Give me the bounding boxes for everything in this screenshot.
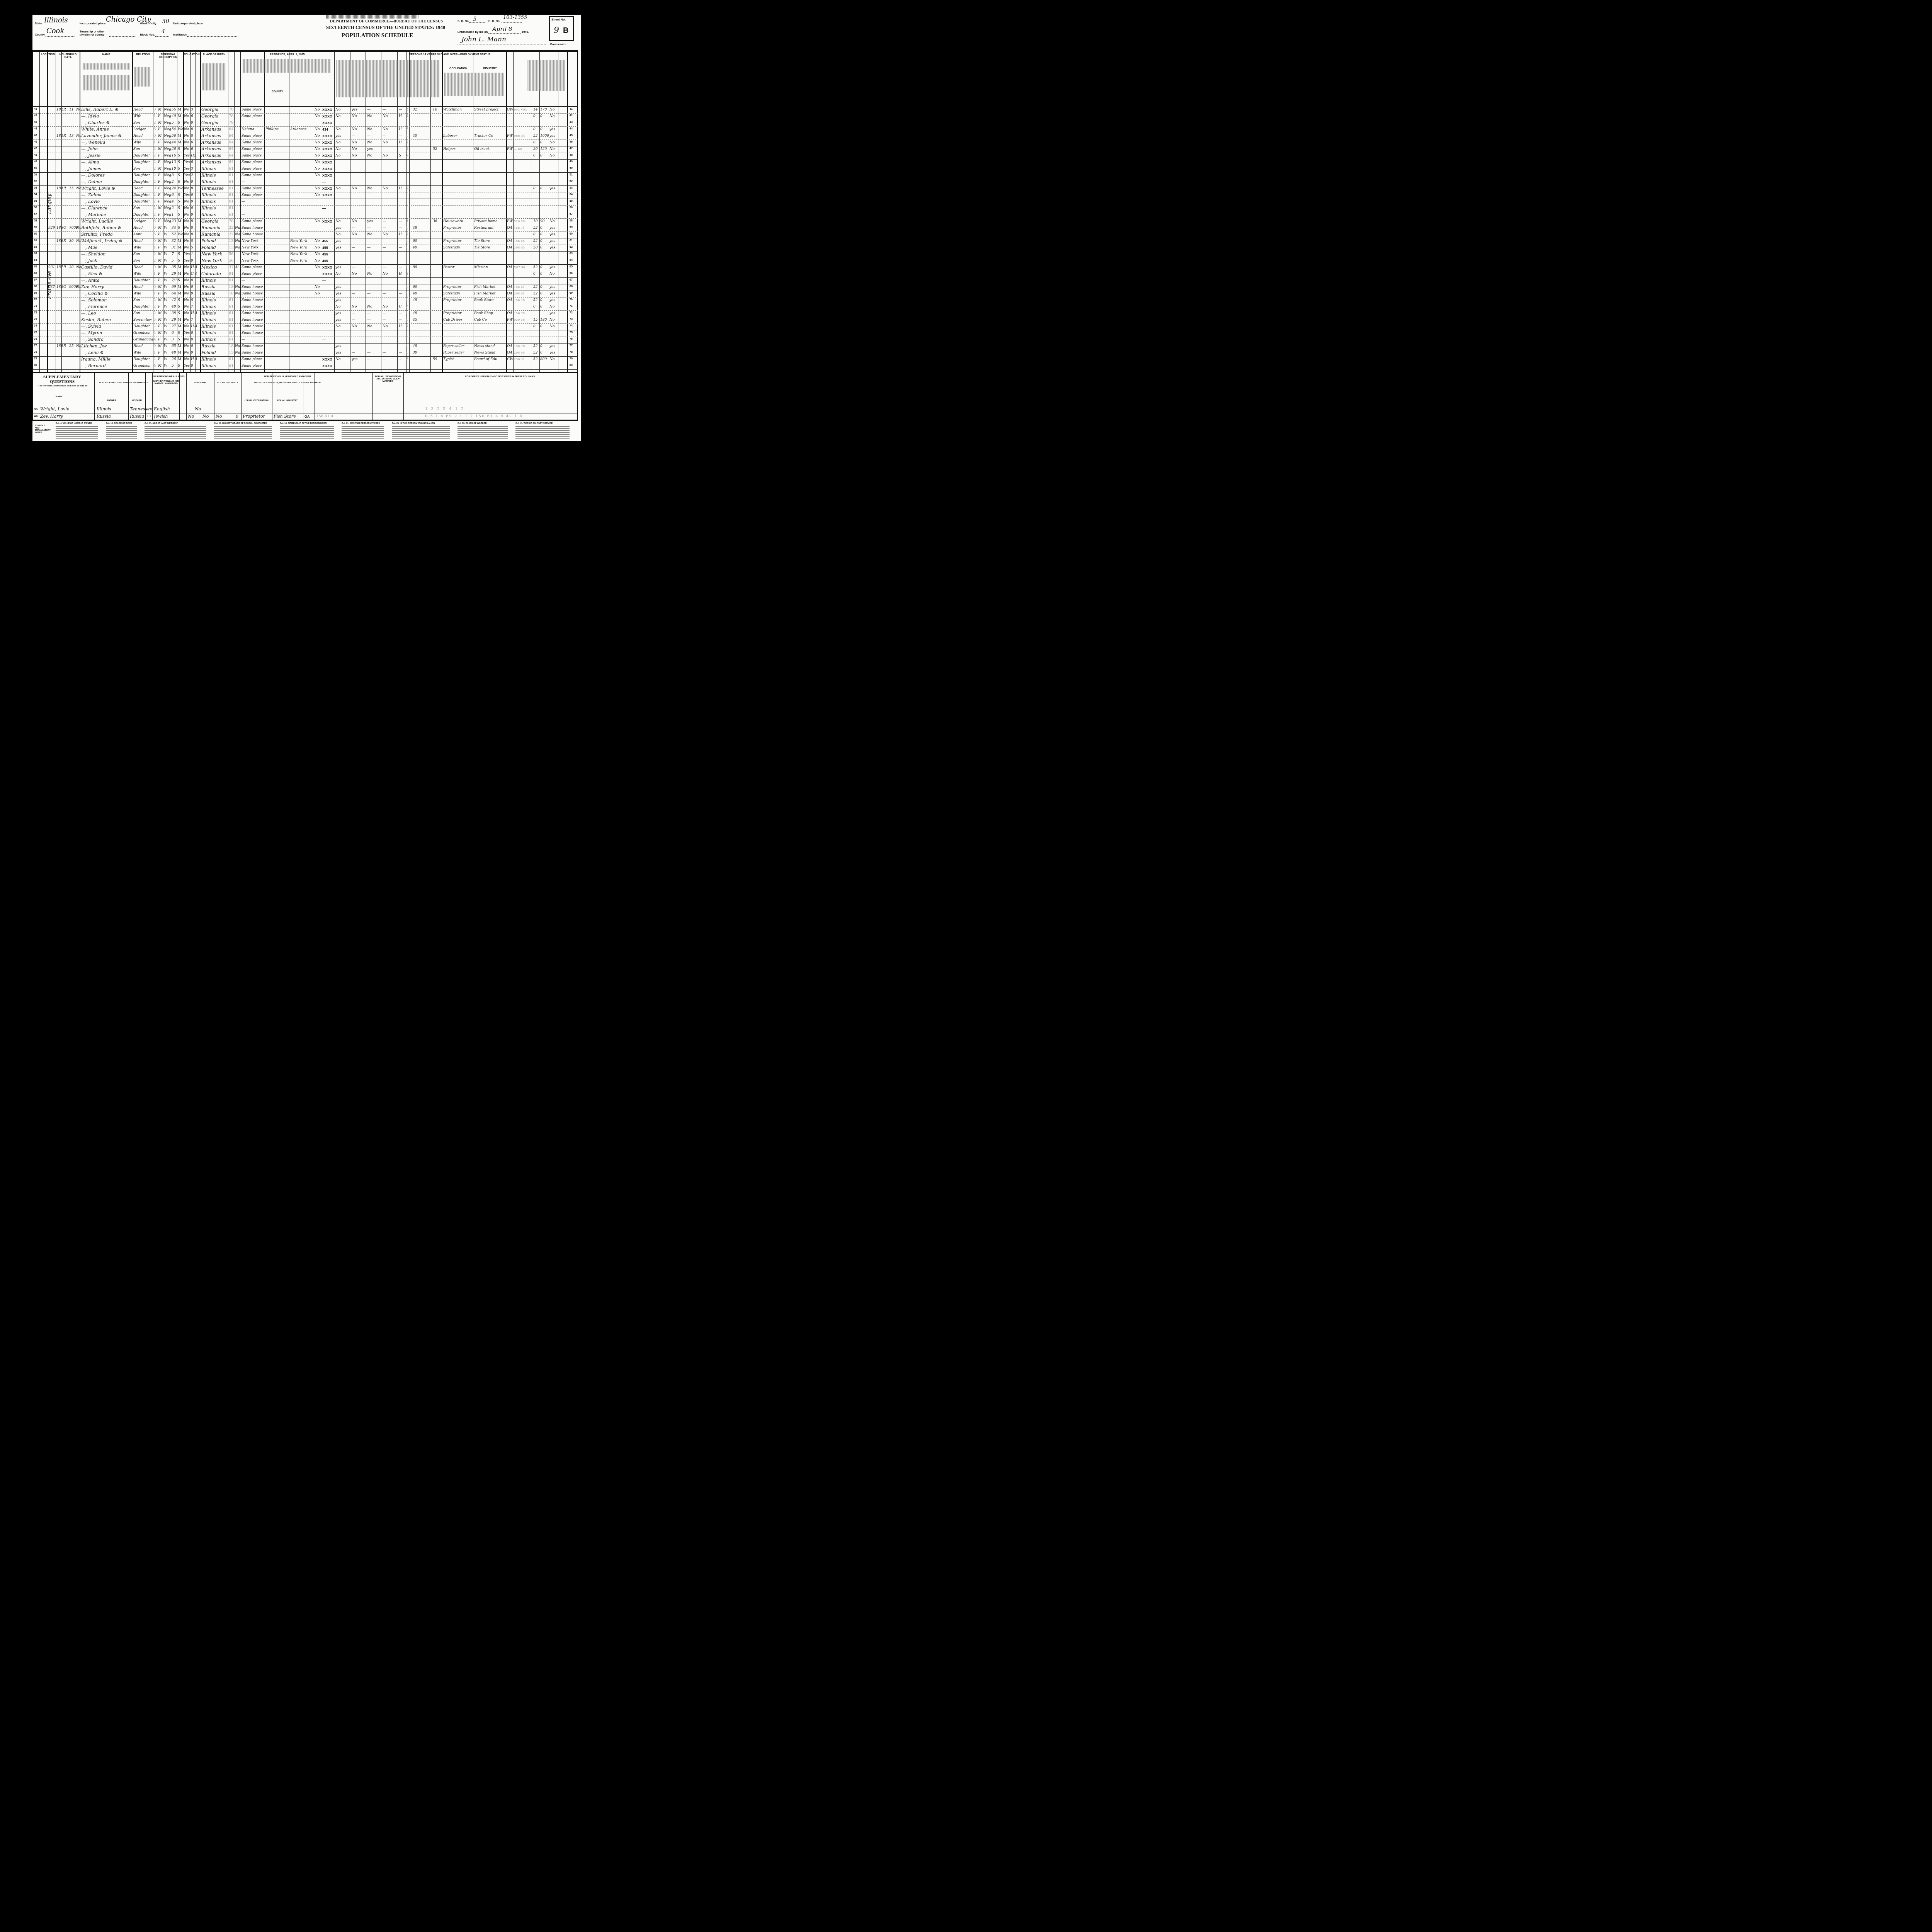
line-number: 54 <box>34 193 37 196</box>
at-work: No <box>335 271 340 277</box>
employment-code: 1 <box>406 264 408 270</box>
citizenship: Na <box>235 231 240 238</box>
birthplace-code: 61 <box>229 277 234 284</box>
public-emergency-work: — <box>352 291 355 297</box>
other-income: yes <box>549 238 555 244</box>
occupation-code: 298 98 <box>514 350 525 356</box>
at-work: No <box>335 231 340 238</box>
line-number: 64 <box>34 259 37 262</box>
farm-1935: No <box>315 113 320 119</box>
section-relation: RELATION <box>133 53 153 56</box>
occupation-code: 156 78 <box>514 297 525 303</box>
farm: No <box>76 343 81 349</box>
visit-number: 184 <box>56 185 63 192</box>
township-label: Township or other division of county <box>80 30 107 36</box>
employment-code: 5 <box>406 323 408 330</box>
citizenship: Na <box>235 238 240 244</box>
grade: 1 <box>191 251 193 257</box>
public-emergency-work: yes <box>352 356 357 362</box>
sex: F <box>158 199 160 205</box>
public-emergency-work: — <box>352 238 355 244</box>
legal-notice <box>326 15 419 19</box>
birthplace-code: 56 <box>229 258 234 264</box>
residence-code: 455 <box>322 238 328 244</box>
line-number: 57 <box>34 213 37 216</box>
line-number-right: 77 <box>570 344 573 347</box>
other-income: yes <box>549 343 555 349</box>
occupation-code: 930 58 <box>514 317 525 323</box>
age: 1 <box>172 212 174 218</box>
age: 4 <box>172 199 174 205</box>
school-attendance: No <box>184 337 189 343</box>
at-work: yes <box>335 245 341 251</box>
residence-1935-city: Same house <box>241 297 264 303</box>
relation: Son <box>133 146 153 152</box>
age: 3 <box>172 337 174 343</box>
farm-1935: No <box>315 238 320 244</box>
seeking-work: No <box>367 113 372 119</box>
line-number-right: 41 <box>570 108 573 111</box>
grade: H-4 <box>191 323 197 330</box>
sex: F <box>158 192 160 198</box>
wage-income: 0 <box>540 297 543 303</box>
farm-1935: No <box>315 159 320 165</box>
marital-status: M <box>178 245 181 251</box>
age: 31 <box>172 245 176 251</box>
residence-1935-city: Same place <box>241 139 264 146</box>
supp-office: FOR OFFICE USE ONLY—DO NOT WRITE IN THES… <box>423 376 577 378</box>
table-row: 75 —, Myron Grandson 4 M W 6 S Yes 0 Ill… <box>32 330 578 337</box>
sex: F <box>158 153 160 159</box>
has-job: — <box>383 238 386 244</box>
table-row: 58 Wright, Lucille Lodger 6 F Neg 23 M N… <box>32 218 578 225</box>
age: 54 <box>172 126 176 133</box>
at-work: yes <box>335 225 341 231</box>
marital-status: S <box>178 363 180 369</box>
wage-income: 0 <box>540 126 543 133</box>
person-name: Wolfmark, Irving ⊗ <box>81 238 132 244</box>
other-income: yes <box>549 310 555 316</box>
relation: Daughter <box>133 199 153 205</box>
citizenship: Na <box>235 245 240 251</box>
supp-father: FATHER <box>95 400 128 402</box>
other-income: yes <box>549 350 555 356</box>
has-job: No <box>383 153 388 159</box>
line-number-right: 63 <box>570 252 573 255</box>
visit-number: 189 <box>56 343 63 349</box>
person-name: Zev, Harry <box>81 284 132 290</box>
supp-father: Illinois <box>97 406 111 412</box>
school-attendance: No <box>184 356 189 362</box>
birthplace-code: 78 <box>229 218 234 224</box>
weeks-worked: 0 <box>533 139 536 146</box>
has-job: — <box>383 356 386 362</box>
home-value: 11 <box>69 107 73 113</box>
activity: U <box>399 304 402 310</box>
public-emergency-work: — <box>352 350 355 356</box>
table-row: 41 182 R 11 No Ellis, Robert L. ⊗ Head 0… <box>32 107 578 114</box>
race: W <box>164 323 167 330</box>
marital-status: M <box>178 323 181 330</box>
birthplace-code: 13 <box>229 238 234 244</box>
school-attendance: No <box>184 277 189 284</box>
activity: H <box>399 271 402 277</box>
section-location: LOCATION <box>40 53 56 56</box>
table-row: 65 931 187 R 30 No Castillo, David Head … <box>32 264 578 271</box>
residence-1935-city: Same place <box>241 113 264 119</box>
seeking-work: — <box>367 238 371 244</box>
grade: 8 <box>191 133 193 139</box>
public-emergency-work: No <box>352 113 357 119</box>
wage-income: 0 <box>540 185 543 192</box>
birthplace: Tennessee <box>201 185 228 192</box>
wage-income: 800 <box>540 356 547 362</box>
relation-code: 0 <box>153 264 156 270</box>
has-job: — <box>383 245 386 251</box>
birthplace: Poland <box>201 238 228 244</box>
enumerator-signature: John L. Mann <box>461 36 506 43</box>
has-job: — <box>383 291 386 297</box>
hours-worked: 30 <box>413 350 417 356</box>
school-attendance: No <box>184 139 189 146</box>
person-name: Wright, Lucille <box>81 218 132 224</box>
residence-1935-city: New York <box>241 245 264 251</box>
class-of-worker: OA <box>507 245 512 251</box>
table-row: 67 —, Anita Daughter 2 F W 7/12 S No 0 I… <box>32 277 578 284</box>
race: Neg <box>164 107 171 113</box>
hours-worked: 40 <box>413 291 417 297</box>
marital-status: M <box>178 139 181 146</box>
birthplace: Illinois <box>201 297 228 303</box>
other-income: yes <box>549 264 555 270</box>
supp-name: Wright, Lovie <box>40 406 69 412</box>
person-name: —, Alma <box>81 159 132 165</box>
census-title: SIXTEENTH CENSUS OF THE UNITED STATES: 1… <box>326 25 445 31</box>
hours-worked: 40 <box>413 133 417 139</box>
other-income: yes <box>549 231 555 238</box>
line-number-right: 44 <box>570 128 573 130</box>
has-job: — <box>383 350 386 356</box>
birthplace: Illinois <box>201 166 228 172</box>
school-attendance: No <box>184 284 189 290</box>
employment-code: 5 <box>406 139 408 146</box>
seeking-work: — <box>367 356 371 362</box>
at-work: yes <box>335 297 341 303</box>
employment-code: 1 <box>406 317 408 323</box>
class-of-worker: OA <box>507 310 512 316</box>
col-industry: INDUSTRY <box>474 67 505 70</box>
sex: F <box>158 323 160 330</box>
supp-tongue: MOTHER TONGUE (OR NATIVE LANGUAGE) <box>153 380 179 385</box>
relation: Daughter <box>133 323 153 330</box>
other-income: No <box>549 356 554 362</box>
school-attendance: Yes <box>184 192 190 198</box>
other-income: No <box>549 271 554 277</box>
other-income: No <box>549 317 554 323</box>
seeking-work: — <box>367 343 371 349</box>
house-number: 937 <box>48 284 55 290</box>
activity: U <box>399 126 402 133</box>
race: Neg <box>164 153 171 159</box>
school-attendance: No <box>184 297 189 303</box>
sex: F <box>158 356 160 362</box>
race: W <box>164 297 167 303</box>
relation: Head <box>133 343 153 349</box>
seeking-work: — <box>367 350 371 356</box>
marital-status: M <box>178 133 181 139</box>
public-emergency-work: No <box>352 271 357 277</box>
birthplace: Arkansas <box>201 126 228 133</box>
class-of-worker: OA <box>507 225 512 231</box>
residence-code: 455 <box>322 251 328 257</box>
relation-code: 5 <box>153 231 156 238</box>
line-number-right: 55 <box>570 200 573 202</box>
birthplace: Georgia <box>201 107 228 113</box>
occupation: Cab Driver <box>443 317 473 323</box>
marital-status: M <box>178 264 181 270</box>
school-attendance: No <box>184 126 189 133</box>
has-job: No <box>383 139 388 146</box>
residence-1935-city: Same place <box>241 159 264 165</box>
residence-code: XOXO <box>322 172 332 179</box>
employment-code: 1 <box>406 284 408 290</box>
grade: 6 <box>191 139 193 146</box>
seeking-work: — <box>367 133 371 139</box>
line-number: 71 <box>34 305 37 308</box>
sex: M <box>158 264 162 270</box>
line-number-right: 66 <box>570 272 573 275</box>
activity: — <box>399 284 402 290</box>
residence-1935-city: Same place <box>241 107 264 113</box>
table-row: 72 —, Leo Son 2 M W 38 S No H-4 Illinois… <box>32 310 578 317</box>
supplementary-title: SUPPLEMENTARY QUESTIONS <box>37 375 87 384</box>
industry: Book Shop <box>474 310 506 316</box>
other-income: No <box>549 146 554 152</box>
farm-1935: No <box>315 153 320 159</box>
home-value: 15 <box>69 185 73 192</box>
school-attendance: Yes <box>184 172 190 179</box>
occupation: Pastor <box>443 264 473 270</box>
relation: Daughter <box>133 172 153 179</box>
farm-1935: No <box>315 139 320 146</box>
weeks-worked: 0 <box>533 113 536 119</box>
relation: Head <box>133 238 153 244</box>
section-residence: RESIDENCE, APRIL 1, 1935 <box>240 53 334 56</box>
ed-label: E. D. No. <box>488 19 500 23</box>
at-work: No <box>335 146 340 152</box>
sex: F <box>158 185 160 192</box>
public-emergency-work: — <box>352 310 355 316</box>
section-education: EDUCATION <box>183 53 200 56</box>
state-value: Illinois <box>44 16 68 24</box>
marital-status: M <box>178 218 181 224</box>
farm-1935: No <box>315 172 320 179</box>
citizenship: Na <box>235 343 240 349</box>
residence-code: XOXO <box>322 153 332 159</box>
sheet-side: B <box>563 26 568 35</box>
has-job: No <box>383 185 388 192</box>
table-row: 79 Irgang, Millie Daughter 2 F W 26 M No… <box>32 356 578 363</box>
occupation: Proprietor <box>443 310 473 316</box>
grade: 8 <box>191 297 193 303</box>
school-attendance: No <box>184 133 189 139</box>
citizenship: Na <box>235 291 240 297</box>
line-number: 47 <box>34 147 37 150</box>
table-row: 76 —, Sandra Granddaughter 4 F W 3 S No … <box>32 337 578 344</box>
birthplace-code: 64 <box>229 139 234 146</box>
residence-code: — <box>322 337 326 343</box>
relation: Wife <box>133 271 153 277</box>
wage-income: 0 <box>540 139 543 146</box>
race: Neg <box>164 218 171 224</box>
sex: M <box>158 251 162 257</box>
table-row: 70 —, Solomon Son 2 M W 42 S No 8 Illino… <box>32 297 578 304</box>
at-work: yes <box>335 133 341 139</box>
industry: Tie Store <box>474 238 506 244</box>
supplementary-subtitle: For Persons Enumerated on Lines 55 and 6… <box>34 385 92 387</box>
race: Neg <box>164 212 171 218</box>
occupation-code: 156 71 <box>514 225 525 231</box>
table-row: 51 —, Dolores Daughter 2 F Neg 8 S Yes 2… <box>32 172 578 179</box>
residence-code: 434 <box>322 126 328 133</box>
residence-1935-city: Same place <box>241 192 264 198</box>
race: W <box>164 337 167 343</box>
public-emergency-work: — <box>352 284 355 290</box>
relation: Granddaughter <box>133 337 153 343</box>
census-sheet: State Illinois County Cook Incorporated … <box>32 15 581 441</box>
relation-code: 0 <box>153 185 156 192</box>
relation: Grandson <box>133 330 153 336</box>
grade: H2 <box>191 153 196 159</box>
race: W <box>164 271 167 277</box>
race: Neg <box>164 192 171 198</box>
residence-1935-city: New York <box>241 258 264 264</box>
age: 6 <box>172 192 174 198</box>
grade: 0 <box>191 330 193 336</box>
age: 38 <box>172 310 176 316</box>
line-number-right: 58 <box>570 219 573 222</box>
unincorporated-label: Unincorporated place <box>173 22 203 25</box>
industry: Board of Edu. <box>474 356 506 362</box>
wage-income: 180 <box>540 317 547 323</box>
birthplace: Arkansas <box>201 133 228 139</box>
person-name: —, James <box>81 166 132 172</box>
birthplace: Illinois <box>201 192 228 198</box>
line-number: 46 <box>34 141 37 143</box>
person-name: —, Sandra <box>81 337 132 343</box>
birthplace-code: 61 <box>229 310 234 316</box>
public-emergency-work: No <box>352 185 357 192</box>
person-name: —, Jessie <box>81 153 132 159</box>
line-number: 70 <box>34 298 37 301</box>
class-of-worker: OA <box>507 343 512 349</box>
relation: Son <box>133 120 153 126</box>
seeking-work: — <box>367 297 371 303</box>
public-emergency-work: No <box>352 218 357 224</box>
weeks-worked: 0 <box>533 304 536 310</box>
seeking-work: No <box>367 139 372 146</box>
sex: M <box>158 238 162 244</box>
line-number: 52 <box>34 180 37 183</box>
marital-status: M <box>178 271 181 277</box>
marital-status: S <box>178 310 180 316</box>
relation: Wife <box>133 139 153 146</box>
residence-code: XOXO <box>322 185 332 192</box>
activity: — <box>399 350 402 356</box>
birthplace: Illinois <box>201 179 228 185</box>
line-number: 66 <box>34 272 37 275</box>
other-income: No <box>549 218 554 224</box>
grade: 6 <box>191 159 193 165</box>
table-row: 43 —, Charles ⊗ Son 2 M Neg 5 S No 0 Geo… <box>32 120 578 127</box>
race: Neg <box>164 146 171 152</box>
school-attendance: No <box>184 185 189 192</box>
weeks-unemployed: 52 <box>433 146 437 152</box>
birthplace: Russia <box>201 291 228 297</box>
marital-status: M <box>178 107 181 113</box>
seeking-work: No <box>367 304 372 310</box>
other-income: yes <box>549 185 555 192</box>
table-row: 74 —, Sylvia Daughter 2 F W 27 M No H-4 … <box>32 323 578 330</box>
table-row: 57 —, Marlene Daughter 2 F Neg 1 S No 0 … <box>32 212 578 219</box>
sex: M <box>158 317 162 323</box>
line-number: 51 <box>34 173 37 176</box>
line-number: 80 <box>34 364 37 367</box>
person-name: —, Solomon <box>81 297 132 303</box>
residence-code: XOXO <box>322 271 332 277</box>
birthplace: Russia <box>201 343 228 349</box>
sex: M <box>158 363 162 369</box>
farm-1935: No <box>315 291 320 297</box>
relation: Daughter <box>133 212 153 218</box>
age: 5 <box>172 363 174 369</box>
wage-income: 0 <box>540 225 543 231</box>
age: 2 <box>172 205 174 211</box>
supp-mother: MOTHER <box>128 400 145 402</box>
residence-1935-city: New York <box>241 251 264 257</box>
age: 32 <box>172 238 176 244</box>
farm-1935: No <box>315 185 320 192</box>
class-of-worker: OA <box>507 350 512 356</box>
line-number: 58 <box>34 219 37 222</box>
public-emergency-work: yes <box>352 107 357 113</box>
sex: F <box>158 218 160 224</box>
visit-number: 187 <box>56 264 63 270</box>
school-attendance: No <box>184 310 189 316</box>
race: Neg <box>164 199 171 205</box>
seeking-work: No <box>367 323 372 330</box>
grade: C-4 <box>191 271 197 277</box>
birthplace-code: 78 <box>229 113 234 119</box>
birthplace-code: 78 <box>229 107 234 113</box>
birthplace-code: 61 <box>229 185 234 192</box>
school-attendance: No <box>184 146 189 152</box>
table-row: 53 184 R 15 No Wright, Lovie ⊗ Head 0 F … <box>32 185 578 192</box>
sex: F <box>158 212 160 218</box>
person-name: —, Bernard <box>81 363 132 369</box>
occupation: Saleslady <box>443 291 473 297</box>
seeking-work: No <box>367 231 372 238</box>
race: W <box>164 350 167 356</box>
hours-worked: 45 <box>413 317 417 323</box>
sex: F <box>158 159 160 165</box>
residence-1935-city: Same place <box>241 185 264 192</box>
tenure: R <box>63 107 66 113</box>
residence-1935-city: — <box>241 277 264 284</box>
seeking-work: — <box>367 225 371 231</box>
relation-code: 2 <box>153 153 156 159</box>
farm-1935: No <box>315 251 320 257</box>
